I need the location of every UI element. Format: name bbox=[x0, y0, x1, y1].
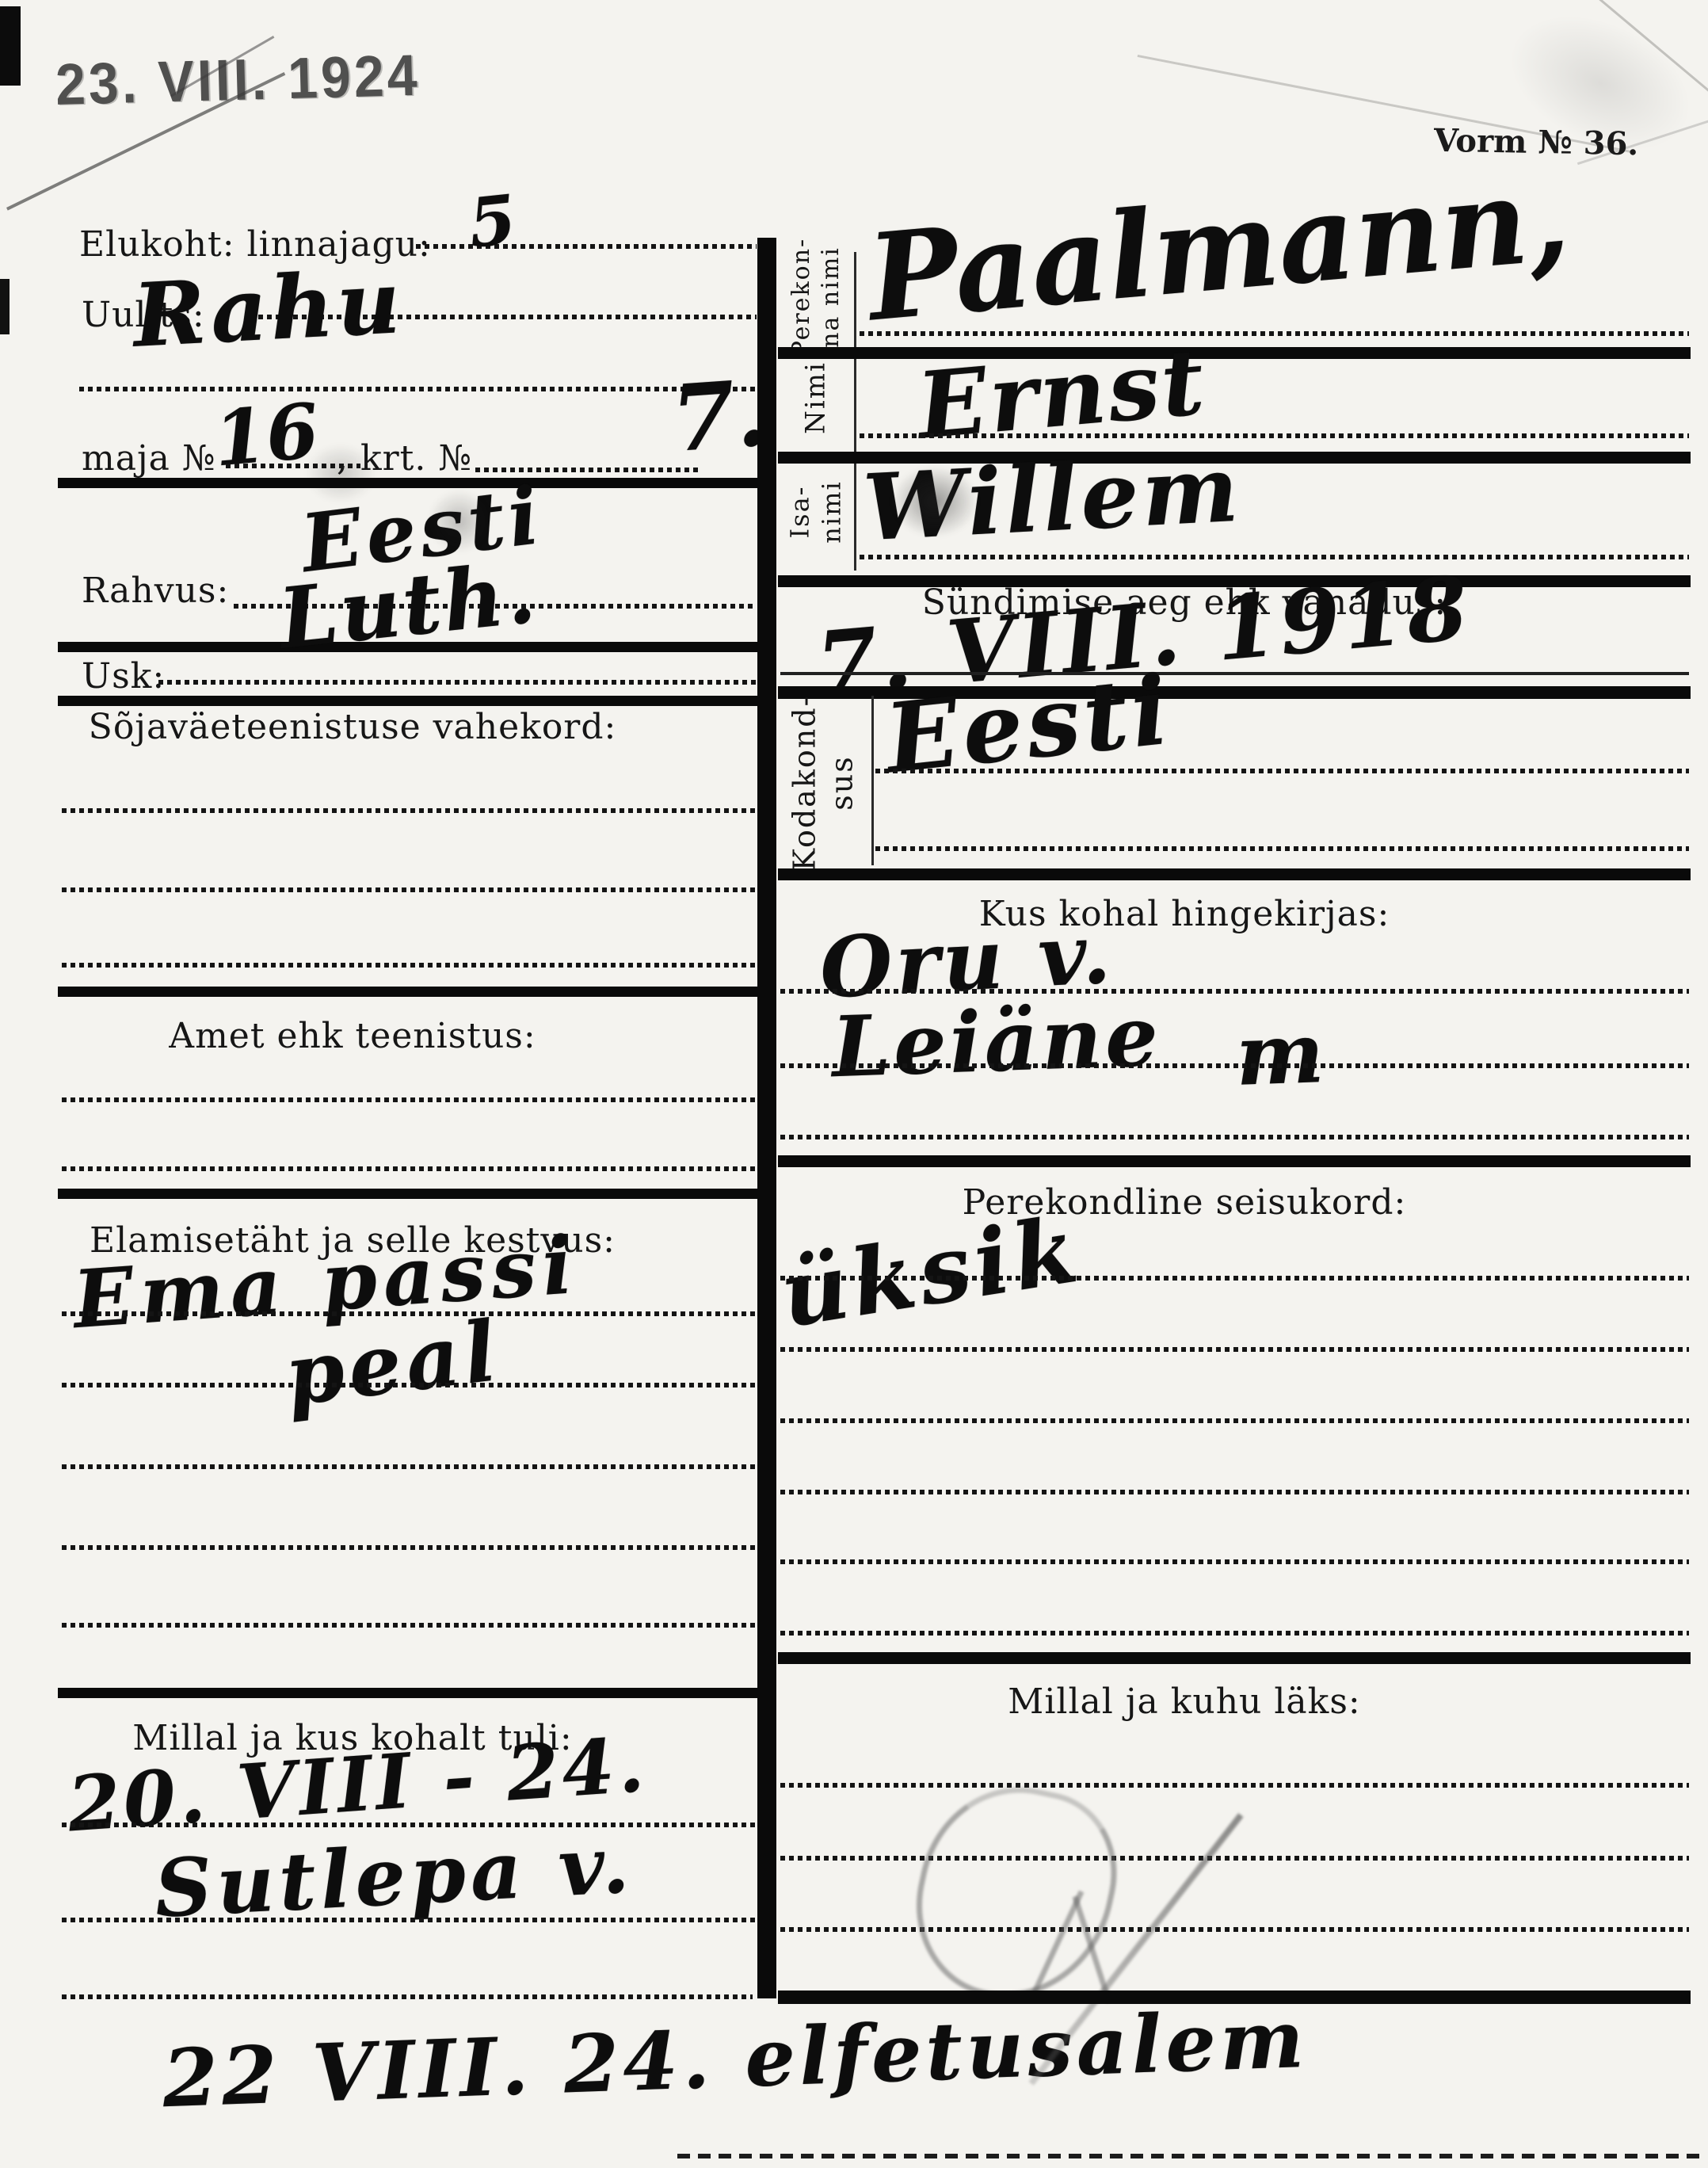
dotted-line bbox=[62, 963, 757, 968]
usk-label: Usk: bbox=[82, 656, 165, 697]
dotted-line bbox=[780, 1276, 1689, 1281]
dotted-line bbox=[62, 1383, 757, 1387]
dotted-line bbox=[780, 1631, 1689, 1636]
laks-heading: Millal ja kuhu läks: bbox=[780, 1681, 1588, 1722]
dotted-line bbox=[860, 331, 1689, 336]
section-rule bbox=[58, 987, 758, 997]
dotted-line bbox=[860, 433, 1689, 438]
registration-card-scan: 23. VIII. 1924 Vorm № 36. Elukoht: linna… bbox=[0, 0, 1708, 2168]
amet-heading: Amet ehk teenistus: bbox=[59, 1016, 646, 1056]
dotted-line bbox=[62, 1166, 757, 1171]
dotted-line bbox=[780, 1490, 1689, 1494]
krt-value: 7. bbox=[669, 368, 770, 465]
kodakondsus-label-line1: Kodakond- bbox=[786, 695, 824, 872]
section-rule bbox=[778, 868, 1691, 880]
seisukord-value: üksik bbox=[775, 1204, 1088, 1341]
dotted-line bbox=[416, 244, 757, 249]
maja-label: maja № bbox=[82, 438, 215, 479]
hingekirjas-line2-suffix: m bbox=[1234, 1011, 1325, 1097]
scan-corner-mark bbox=[0, 6, 21, 86]
dotted-line bbox=[62, 1994, 753, 1999]
section-rule bbox=[778, 1155, 1691, 1167]
isanimi-label: Isa- nimi bbox=[780, 466, 852, 559]
date-stamp: 23. VIII. 1924 bbox=[55, 42, 421, 118]
thin-rule bbox=[780, 672, 1689, 675]
perekonnanimi-label-line2: na nimi bbox=[816, 246, 846, 348]
section-rule bbox=[778, 1652, 1691, 1664]
nimi-label-text: Nimi bbox=[799, 361, 833, 434]
elukoht-value: 5 bbox=[466, 186, 520, 258]
dotted-line bbox=[780, 1783, 1689, 1788]
dotted-line bbox=[62, 887, 757, 892]
perekonnanimi-label-line1: Perekon- bbox=[787, 238, 817, 357]
dotted-line bbox=[62, 1464, 757, 1469]
label-column-rule bbox=[871, 696, 874, 865]
uulits-value: Rahu bbox=[131, 258, 405, 360]
usk-value: Luth. bbox=[275, 551, 541, 661]
dotted-line bbox=[780, 1418, 1689, 1423]
dotted-line bbox=[780, 989, 1689, 994]
dotted-line bbox=[875, 846, 1689, 851]
dotted-line bbox=[860, 555, 1689, 559]
dotted-line bbox=[780, 1559, 1689, 1564]
section-rule bbox=[58, 1688, 758, 1698]
dotted-line bbox=[62, 1823, 757, 1827]
dotted-line bbox=[780, 1347, 1689, 1352]
dotted-line bbox=[780, 1063, 1689, 1068]
dotted-line bbox=[62, 1623, 757, 1628]
ink-smudge bbox=[428, 490, 491, 553]
dotted-line bbox=[62, 1918, 757, 1922]
perekonnanimi-value: Paalmann, bbox=[864, 158, 1573, 338]
sojavae-heading: Sõjaväeteenistuse vahekord: bbox=[59, 707, 646, 747]
bottom-note: 22 VIII. 24. elfetusalem bbox=[162, 1999, 1310, 2118]
kodakondsus-label-line2: sus bbox=[824, 755, 862, 810]
dotted-line bbox=[875, 769, 1689, 773]
seisukord-heading: Perekondline seisukord: bbox=[780, 1182, 1588, 1223]
dotted-line bbox=[62, 808, 757, 813]
dashed-line-bottom bbox=[677, 2154, 1699, 2158]
dotted-line bbox=[79, 387, 757, 391]
kodakondsus-label: Kodakond- sus bbox=[780, 701, 867, 865]
dotted-line bbox=[780, 1927, 1689, 1932]
nimi-label: Nimi bbox=[780, 361, 852, 436]
rahvus-label: Rahvus: bbox=[82, 571, 229, 611]
dotted-line bbox=[780, 1856, 1689, 1861]
dotted-line bbox=[780, 1135, 1689, 1139]
ink-blotch bbox=[891, 466, 978, 537]
dotted-line bbox=[62, 1545, 757, 1550]
section-rule bbox=[58, 696, 758, 706]
perekonnanimi-label: Perekon- na nimi bbox=[780, 250, 852, 345]
isanimi-label-line2: nimi bbox=[816, 480, 848, 543]
tuli-line2: Sutlepa v. bbox=[153, 1824, 636, 1929]
column-divider bbox=[757, 238, 776, 1998]
section-rule bbox=[778, 1991, 1691, 2004]
isanimi-label-line1: Isa- bbox=[784, 486, 816, 539]
section-rule bbox=[58, 1189, 758, 1199]
dotted-line bbox=[158, 680, 757, 685]
dotted-line bbox=[62, 1097, 757, 1102]
elamisetaht-line2: peal bbox=[281, 1309, 505, 1418]
scan-edge-mark bbox=[0, 279, 10, 334]
pencil-signature-loop bbox=[899, 1769, 1133, 2018]
hingekirjas-line2: Leiäne bbox=[830, 994, 1162, 1089]
label-column-rule bbox=[854, 252, 856, 571]
